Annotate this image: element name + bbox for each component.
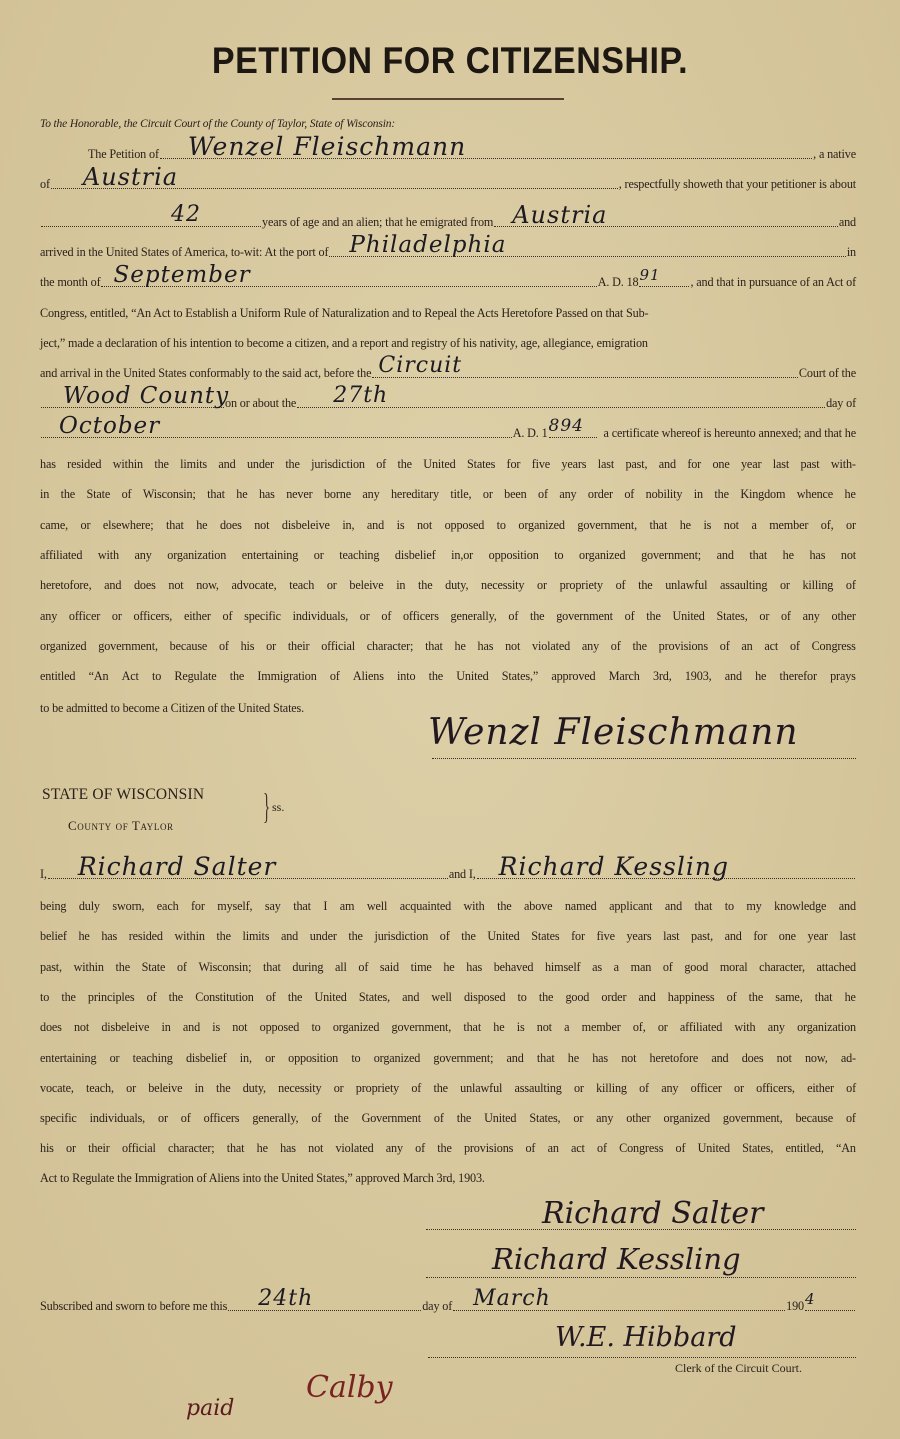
petition-document: PETITION FOR CITIZENSHIP. To the Honorab… bbox=[0, 0, 900, 1439]
sworn-day-field: 24th bbox=[228, 1300, 421, 1311]
label: and arrival in the United States conform… bbox=[40, 365, 371, 381]
label: in bbox=[847, 244, 856, 260]
petitioner-name: Wenzel Fleischmann bbox=[188, 136, 466, 158]
initials-annotation: Calby bbox=[306, 1370, 393, 1405]
body-line: organizedgovernment,becauseofhisortheiro… bbox=[40, 638, 856, 654]
sworn-row: Subscribed and sworn to before me this 2… bbox=[40, 1298, 856, 1314]
county-court-field: Wood County bbox=[41, 397, 224, 408]
label: A. D. 18 bbox=[598, 274, 639, 290]
port-field: Philadelphia bbox=[329, 246, 845, 257]
arrival-month: September bbox=[113, 264, 250, 286]
page-title: PETITION FOR CITIZENSHIP. bbox=[36, 40, 864, 82]
age-row: 42 years of age and an alien; that he em… bbox=[40, 214, 856, 230]
declaration-year-row: October A. D. 1 894 a certificate whereo… bbox=[40, 425, 856, 441]
arrival-year: 91 bbox=[639, 264, 660, 286]
sworn-year-field: 4 bbox=[805, 1300, 855, 1311]
declaration-month-field: October bbox=[41, 427, 512, 438]
native-of-field: Austria bbox=[51, 178, 618, 189]
arrival-date-row: the month of September A. D. 18 91 , and… bbox=[40, 274, 856, 290]
body-line: past,withintheStateofWisconsin;thatdurin… bbox=[40, 959, 856, 975]
body-line: affiliatedwithanyorganizationentertainin… bbox=[40, 547, 856, 563]
petitioner-signature-line bbox=[432, 757, 856, 759]
witness1-field: Richard Salter bbox=[48, 868, 448, 879]
brace-glyph: } bbox=[263, 786, 270, 826]
address-line: To the Honorable, the Circuit Court of t… bbox=[40, 116, 856, 132]
body-line: ject,” made a declaration of his intenti… bbox=[40, 335, 856, 351]
label: the month of bbox=[40, 274, 100, 290]
label: arrived in the United States of America,… bbox=[40, 244, 328, 260]
witness-row: I, Richard Salter and I, Richard Kesslin… bbox=[40, 866, 856, 882]
state-heading: STATE OF WISCONSIN bbox=[42, 786, 204, 804]
arrival-year-field: 91 bbox=[639, 276, 689, 287]
body-line: vocate,teach,orbeleiveintheduty,necessit… bbox=[40, 1080, 856, 1096]
clerk-title: Clerk of the Circuit Court. bbox=[675, 1361, 802, 1376]
label: on or about the bbox=[225, 395, 296, 411]
port: Philadelphia bbox=[349, 234, 506, 256]
sworn-month: March bbox=[473, 1288, 551, 1310]
court: Circuit bbox=[378, 355, 462, 377]
witness1-name: Richard Salter bbox=[78, 856, 277, 878]
title-rule bbox=[332, 98, 564, 100]
declaration-day-field: 27th bbox=[297, 397, 825, 408]
label: , and that in pursuance of an Act of bbox=[690, 274, 856, 290]
body-line: anyofficerorofficers,eitherofspecificind… bbox=[40, 608, 856, 624]
body-line: totheprinciplesoftheConstitutionoftheUni… bbox=[40, 989, 856, 1005]
label: years of age and an alien; that he emigr… bbox=[262, 214, 493, 230]
body-line: heretofore,anddoesnotnow,advocate,teacho… bbox=[40, 577, 856, 593]
native-of-row: of Austria , respectfully showeth that y… bbox=[40, 176, 856, 192]
body-line: entitled“AnActtoRegulatetheImmigrationof… bbox=[40, 668, 856, 684]
body-line: hasresidedwithinthelimitsandunderthejuri… bbox=[40, 456, 856, 472]
label: Subscribed and sworn to before me this bbox=[40, 1298, 227, 1314]
emigrated-from: Austria bbox=[512, 204, 607, 226]
body-line: intheStateofWisconsin;thathehasneverborn… bbox=[40, 486, 856, 502]
clerk-signature-line bbox=[428, 1356, 856, 1358]
witness1-signature: Richard Salter bbox=[542, 1196, 763, 1231]
paid-annotation: paid bbox=[186, 1396, 234, 1421]
witness2-signature-line bbox=[426, 1276, 856, 1278]
declaration-day: 27th bbox=[333, 385, 388, 407]
label: and I, bbox=[449, 866, 476, 882]
declaration-day-row: Wood County on or about the 27th day of bbox=[40, 395, 856, 411]
arrival-month-field: September bbox=[101, 276, 596, 287]
label: a certificate whereof is hereunto annexe… bbox=[604, 425, 856, 441]
body-line: Congress, entitled, “An Act to Establish… bbox=[40, 305, 856, 321]
port-row: arrived in the United States of America,… bbox=[40, 244, 856, 260]
sworn-month-field: March bbox=[453, 1300, 785, 1311]
witness2-signature: Richard Kessling bbox=[492, 1242, 741, 1276]
age: 42 bbox=[171, 204, 201, 226]
petitioner-name-field: Wenzel Fleischmann bbox=[160, 148, 812, 159]
body-line: Act to Regulate the Immigration of Alien… bbox=[40, 1170, 856, 1186]
petitioner-signature: Wenzl Fleischmann bbox=[428, 712, 799, 753]
native-of: Austria bbox=[83, 166, 178, 188]
witness2-name: Richard Kessling bbox=[499, 856, 729, 878]
ss-label: ss. bbox=[272, 800, 284, 815]
court-field: Circuit bbox=[372, 367, 798, 378]
body-line: entertainingorteachingdisbeliefin,oroppo… bbox=[40, 1050, 856, 1066]
emigrated-from-field: Austria bbox=[494, 216, 838, 227]
label: 190 bbox=[786, 1298, 804, 1314]
label: day of bbox=[422, 1298, 452, 1314]
sworn-year: 4 bbox=[805, 1288, 816, 1310]
petitioner-name-row: The Petition of Wenzel Fleischmann , a n… bbox=[88, 146, 856, 162]
label: and bbox=[839, 214, 856, 230]
label: A. D. 1 bbox=[513, 425, 548, 441]
witness2-field: Richard Kessling bbox=[477, 868, 855, 879]
body-line: doesnotdisbeleiveinandisnotopposedtoorga… bbox=[40, 1019, 856, 1035]
label: Court of the bbox=[799, 365, 856, 381]
label: , a native bbox=[813, 146, 856, 162]
label: day of bbox=[826, 395, 856, 411]
body-line: hisortheirofficialcharacter;thathehasnot… bbox=[40, 1140, 856, 1156]
county-court: Wood County bbox=[63, 385, 229, 407]
clerk-signature: W.E. Hibbard bbox=[555, 1322, 737, 1353]
county-heading: County of Taylor bbox=[68, 818, 174, 834]
body-line: specificindividuals,orofofficersgenerall… bbox=[40, 1110, 856, 1126]
sworn-day: 24th bbox=[258, 1288, 313, 1310]
label: of bbox=[40, 176, 50, 192]
body-line: beingdulysworn,eachformyself,saythatIamw… bbox=[40, 898, 856, 914]
declaration-month: October bbox=[59, 415, 160, 437]
body-line: came,orelsewhere;thathedoesnotdisbeleive… bbox=[40, 517, 856, 533]
declaration-year: 894 bbox=[549, 415, 584, 437]
declaration-year-field: 894 bbox=[549, 427, 597, 438]
body-line: beliefhehasresidedwithinthelimitsandunde… bbox=[40, 928, 856, 944]
age-field: 42 bbox=[41, 216, 261, 227]
label: , respectfully showeth that your petitio… bbox=[619, 176, 856, 192]
court-row: and arrival in the United States conform… bbox=[40, 365, 856, 381]
label: I, bbox=[40, 866, 47, 882]
label: The Petition of bbox=[88, 146, 159, 162]
